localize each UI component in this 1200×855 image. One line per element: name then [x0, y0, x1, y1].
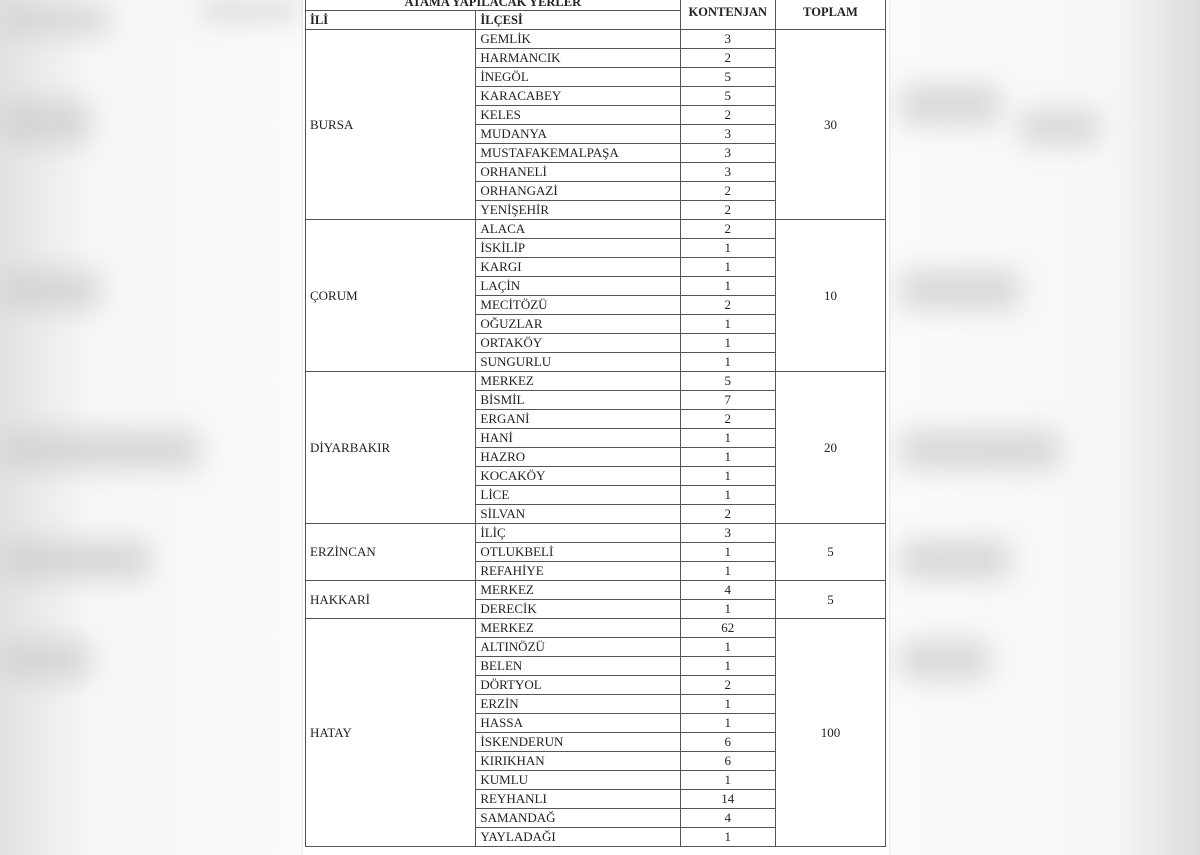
province-name: DİYARBAKIR [306, 372, 476, 524]
district-quota: 3 [680, 144, 775, 163]
district-name: KUMLU [476, 771, 680, 790]
province-name: HATAY [306, 619, 476, 847]
district-quota: 1 [680, 334, 775, 353]
blur-shape [0, 5, 110, 35]
district-name: YAYLADAĞI [476, 828, 680, 847]
district-quota: 2 [680, 182, 775, 201]
district-name: HASSA [476, 714, 680, 733]
district-quota: 2 [680, 410, 775, 429]
district-quota: 1 [680, 467, 775, 486]
district-name: İNEGÖL [476, 68, 680, 87]
district-quota: 5 [680, 372, 775, 391]
district-name: MERKEZ [476, 372, 680, 391]
district-name: DERECİK [476, 600, 680, 619]
district-name: DÖRTYOL [476, 676, 680, 695]
district-name: YENİŞEHİR [476, 201, 680, 220]
blur-shape [0, 430, 200, 470]
district-quota: 3 [680, 30, 775, 49]
district-name: ERGANİ [476, 410, 680, 429]
province-total: 5 [775, 581, 885, 619]
blur-shape [900, 85, 1000, 125]
district-quota: 6 [680, 752, 775, 771]
district-quota: 1 [680, 429, 775, 448]
district-name: LİCE [476, 486, 680, 505]
blur-shape [900, 430, 1060, 470]
blur-shape [900, 540, 1010, 580]
district-name: HARMANCIK [476, 49, 680, 68]
district-quota: 1 [680, 771, 775, 790]
table-row: ERZİNCANİLİÇ35 [306, 524, 886, 543]
district-name: MERKEZ [476, 581, 680, 600]
district-quota: 2 [680, 49, 775, 68]
assignment-table: ATAMA YAPILACAK YERLER KONTENJAN TOPLAM … [305, 0, 886, 847]
district-quota: 1 [680, 239, 775, 258]
table-row: HATAYMERKEZ62100 [306, 619, 886, 638]
district-name: MUDANYA [476, 125, 680, 144]
province-total: 5 [775, 524, 885, 581]
district-quota: 1 [680, 638, 775, 657]
district-quota: 1 [680, 486, 775, 505]
district-quota: 5 [680, 68, 775, 87]
blur-shape [0, 640, 90, 680]
district-name: REYHANLI [476, 790, 680, 809]
district-quota: 1 [680, 277, 775, 296]
district-name: MECİTÖZÜ [476, 296, 680, 315]
district-name: SUNGURLU [476, 353, 680, 372]
blur-shape [0, 100, 90, 145]
group-title: ATAMA YAPILACAK YERLER [306, 0, 681, 11]
district-name: İSKENDERUN [476, 733, 680, 752]
district-quota: 3 [680, 524, 775, 543]
district-name: ORHANGAZİ [476, 182, 680, 201]
district-quota: 14 [680, 790, 775, 809]
district-name: İLİÇ [476, 524, 680, 543]
province-name: ÇORUM [306, 220, 476, 372]
blur-shape [200, 0, 300, 20]
province-total: 30 [775, 30, 885, 220]
district-name: MUSTAFAKEMALPAŞA [476, 144, 680, 163]
district-name: OTLUKBELİ [476, 543, 680, 562]
district-name: KARACABEY [476, 87, 680, 106]
district-name: ORTAKÖY [476, 334, 680, 353]
district-name: İSKİLİP [476, 239, 680, 258]
province-name: ERZİNCAN [306, 524, 476, 581]
district-name: SİLVAN [476, 505, 680, 524]
district-quota: 2 [680, 296, 775, 315]
district-quota: 1 [680, 562, 775, 581]
district-quota: 1 [680, 353, 775, 372]
table-row: BURSAGEMLİK330 [306, 30, 886, 49]
district-quota: 1 [680, 714, 775, 733]
district-name: ALTINÖZÜ [476, 638, 680, 657]
district-name: BİSMİL [476, 391, 680, 410]
district-quota: 2 [680, 505, 775, 524]
col-header-toplam: TOPLAM [775, 0, 885, 30]
district-name: REFAHİYE [476, 562, 680, 581]
district-quota: 3 [680, 163, 775, 182]
district-name: ALACA [476, 220, 680, 239]
district-name: LAÇİN [476, 277, 680, 296]
district-name: BELEN [476, 657, 680, 676]
district-quota: 4 [680, 581, 775, 600]
table-row: DİYARBAKIRMERKEZ520 [306, 372, 886, 391]
district-quota: 1 [680, 315, 775, 334]
district-name: KARGI [476, 258, 680, 277]
blur-shape [900, 270, 1020, 310]
district-quota: 5 [680, 87, 775, 106]
district-quota: 6 [680, 733, 775, 752]
district-quota: 2 [680, 201, 775, 220]
district-name: HANİ [476, 429, 680, 448]
province-name: BURSA [306, 30, 476, 220]
district-quota: 7 [680, 391, 775, 410]
table-row: HAKKARİMERKEZ45 [306, 581, 886, 600]
blur-shape [1020, 110, 1100, 145]
district-quota: 1 [680, 448, 775, 467]
province-total: 10 [775, 220, 885, 372]
province-total: 20 [775, 372, 885, 524]
col-header-ilce: İLÇESİ [476, 11, 680, 30]
district-name: KELES [476, 106, 680, 125]
district-quota: 2 [680, 220, 775, 239]
district-quota: 4 [680, 809, 775, 828]
district-name: SAMANDAĞ [476, 809, 680, 828]
district-name: OĞUZLAR [476, 315, 680, 334]
district-name: ORHANELİ [476, 163, 680, 182]
blur-shape [900, 640, 990, 680]
district-quota: 2 [680, 676, 775, 695]
district-name: ERZİN [476, 695, 680, 714]
district-quota: 2 [680, 106, 775, 125]
table-body: BURSAGEMLİK330HARMANCIK2İNEGÖL5KARACABEY… [306, 30, 886, 847]
blur-shape [0, 540, 150, 580]
col-header-kontenjan: KONTENJAN [680, 0, 775, 30]
district-quota: 1 [680, 258, 775, 277]
table-row: ÇORUMALACA210 [306, 220, 886, 239]
district-name: KOCAKÖY [476, 467, 680, 486]
district-name: MERKEZ [476, 619, 680, 638]
district-name: KIRIKHAN [476, 752, 680, 771]
province-total: 100 [775, 619, 885, 847]
district-quota: 1 [680, 543, 775, 562]
district-name: GEMLİK [476, 30, 680, 49]
province-name: HAKKARİ [306, 581, 476, 619]
district-name: HAZRO [476, 448, 680, 467]
col-header-il: İLİ [306, 11, 476, 30]
blur-shape [0, 270, 100, 310]
district-quota: 62 [680, 619, 775, 638]
district-quota: 1 [680, 600, 775, 619]
district-quota: 1 [680, 657, 775, 676]
document-page: ATAMA YAPILACAK YERLER KONTENJAN TOPLAM … [303, 0, 889, 855]
district-quota: 1 [680, 695, 775, 714]
district-quota: 3 [680, 125, 775, 144]
district-quota: 1 [680, 828, 775, 847]
